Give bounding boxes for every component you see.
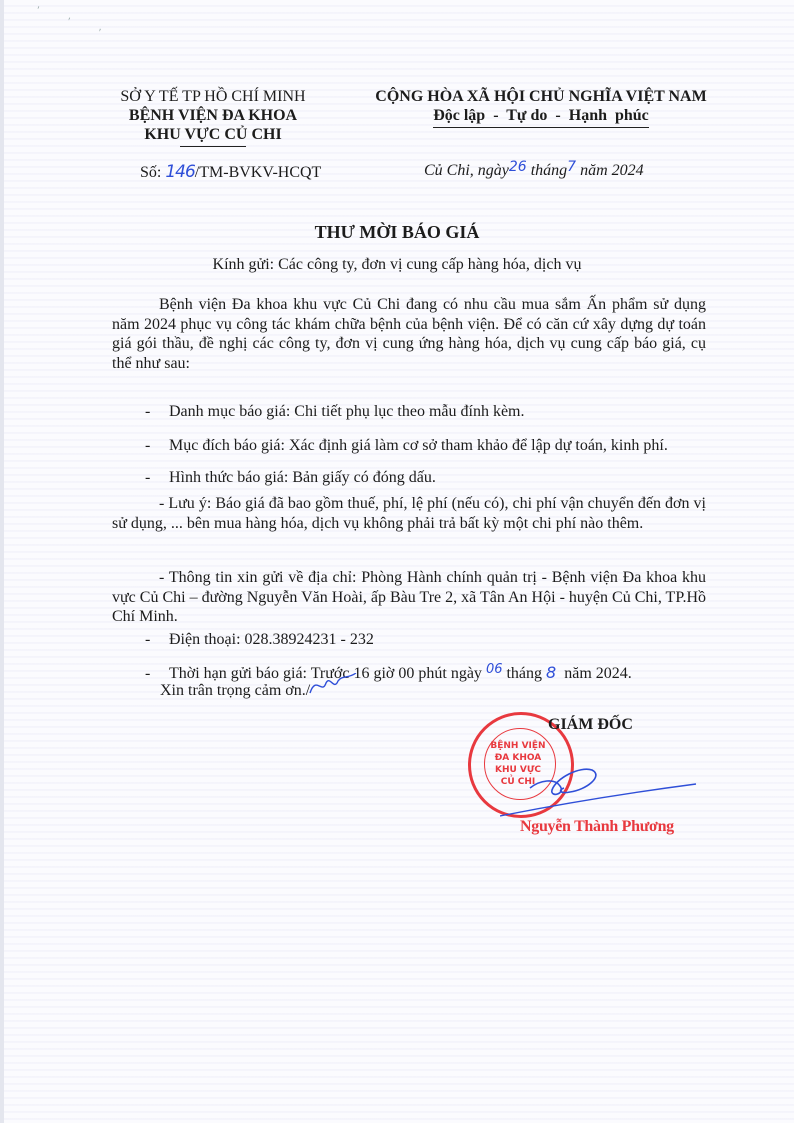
date-month-label: tháng xyxy=(527,162,567,179)
list-item-text: Mục đích báo giá: Xác định giá làm cơ sở… xyxy=(169,437,668,454)
header-right: CỘNG HÒA XÃ HỘI CHỦ NGHĨA VIỆT NAM Độc l… xyxy=(366,87,716,128)
stamp-line: BỆNH VIỆN xyxy=(480,740,556,752)
doc-number-label: Số: xyxy=(140,164,165,181)
list-item: -Danh mục báo giá: Chi tiết phụ lục theo… xyxy=(145,403,524,421)
address-paragraph: - Thông tin xin gửi về địa chỉ: Phòng Hà… xyxy=(112,568,706,627)
signer-name: Nguyễn Thành Phương xyxy=(520,818,674,836)
bullet-dash: - xyxy=(145,437,169,455)
national-motto: Độc lập - Tự do - Hạnh phúc xyxy=(433,106,649,128)
header-left-rule xyxy=(180,146,246,147)
doc-number-suffix: /TM-BVKV-HCQT xyxy=(195,164,322,181)
nation-name: CỘNG HÒA XÃ HỘI CHỦ NGHĨA VIỆT NAM xyxy=(366,87,716,106)
issue-date: Củ Chi, ngày26 tháng7 năm 2024 xyxy=(424,162,644,180)
document-title: THƯ MỜI BÁO GIÁ xyxy=(0,222,794,243)
date-prefix: Củ Chi, ngày xyxy=(424,162,509,179)
hospital-name-line2: KHU VỰC CỦ CHI xyxy=(108,125,318,144)
list-item: -Hình thức báo giá: Bản giấy có đóng dấu… xyxy=(145,469,436,487)
recipient-line: Kính gửi: Các công ty, đơn vị cung cấp h… xyxy=(0,256,794,274)
phone-text: Điện thoại: 028.38924231 - 232 xyxy=(169,631,374,648)
bullet-dash: - xyxy=(145,631,169,649)
header-left: SỞ Y TẾ TP HỒ CHÍ MINH BỆNH VIỆN ĐA KHOA… xyxy=(108,87,318,147)
signer-position: GIÁM ĐỐC xyxy=(548,716,633,734)
initial-signature-icon xyxy=(308,673,358,697)
bullet-dash: - xyxy=(145,403,169,421)
list-item: -Mục đích báo giá: Xác định giá làm cơ s… xyxy=(145,437,668,455)
deadline-month-handwritten: 8 xyxy=(546,663,556,682)
deadline-year: năm 2024. xyxy=(556,665,632,682)
phone-line: -Điện thoại: 028.38924231 - 232 xyxy=(145,631,374,649)
intro-paragraph: Bệnh viện Đa khoa khu vực Củ Chi đang có… xyxy=(112,295,706,373)
director-signature-icon xyxy=(500,760,700,820)
closing-line: Xin trân trọng cảm ơn./ xyxy=(160,671,360,700)
deadline-month-label: tháng xyxy=(502,665,546,682)
document-number: Số: 146/TM-BVKV-HCQT xyxy=(140,162,321,182)
deadline-day-handwritten: 06 xyxy=(486,662,503,677)
date-month-handwritten: 7 xyxy=(567,159,576,175)
doc-number-handwritten: 146 xyxy=(165,162,194,182)
scan-mark: ' ' ' xyxy=(34,4,115,43)
list-item-text: Danh mục báo giá: Chi tiết phụ lục theo … xyxy=(169,403,524,420)
closing-text: Xin trân trọng cảm ơn./ xyxy=(160,682,310,699)
date-day-handwritten: 26 xyxy=(509,159,527,175)
page-edge xyxy=(0,0,4,1123)
bullet-dash: - xyxy=(145,469,169,487)
note-paragraph: - Lưu ý: Báo giá đã bao gồm thuế, phí, l… xyxy=(112,494,706,533)
date-year: năm 2024 xyxy=(576,162,644,179)
deadline-line: -Thời hạn gửi báo giá: Trước 16 giờ 00 p… xyxy=(145,648,632,668)
ministry-name: SỞ Y TẾ TP HỒ CHÍ MINH xyxy=(108,87,318,106)
hospital-name-line1: BỆNH VIỆN ĐA KHOA xyxy=(108,106,318,125)
list-item-text: Hình thức báo giá: Bản giấy có đóng dấu. xyxy=(169,469,436,486)
